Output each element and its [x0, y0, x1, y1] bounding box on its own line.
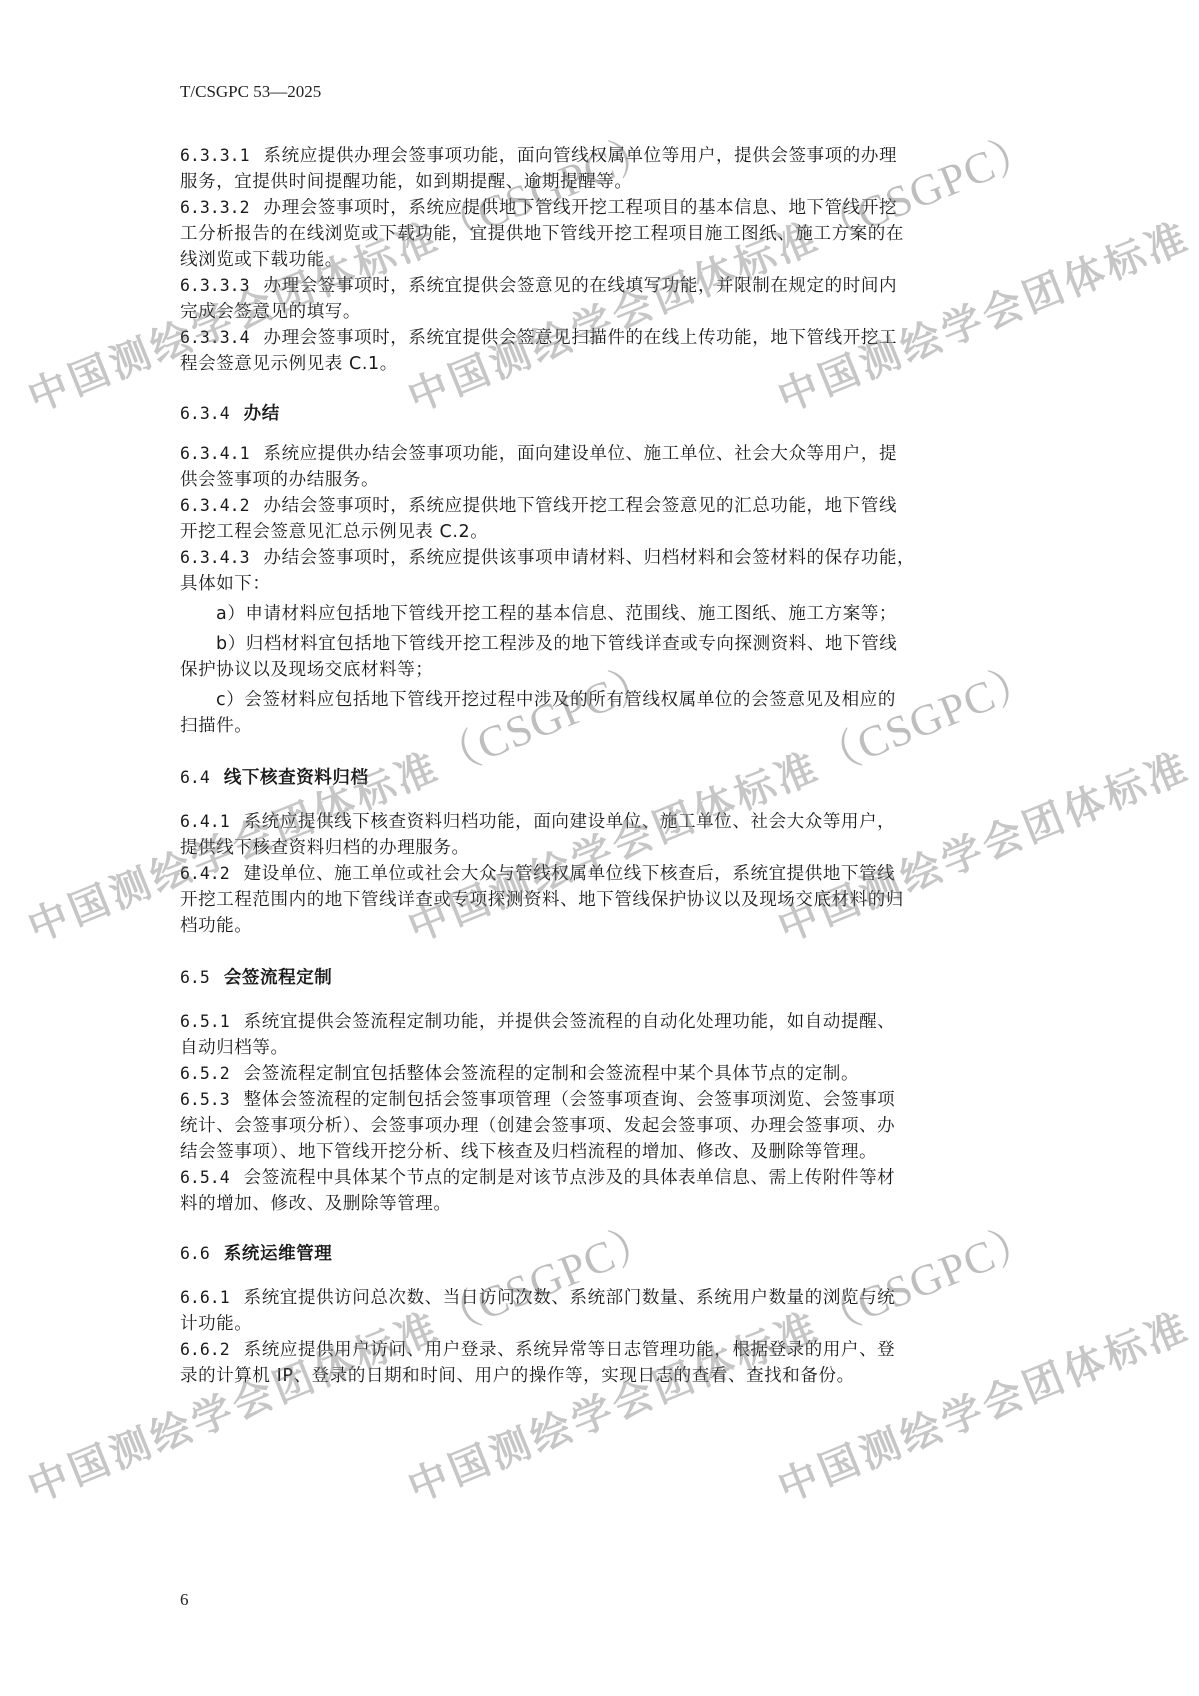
- heading-title: 会签流程定制: [224, 968, 333, 988]
- clause-text: b）归档材料宜包括地下管线开挖工程涉及的地下管线详查或专向探测资料、地下管线: [216, 634, 897, 654]
- clause-text: 保护协议以及现场交底材料等；: [180, 660, 433, 680]
- clause-text: 系统宜提供访问总次数、当日访问次数、系统部门数量、系统用户数量的浏览与统: [244, 1288, 896, 1308]
- paragraph-line: 6.3.3.1系统应提供办理会签事项功能，面向管线权属单位等用户，提供会签事项的…: [180, 143, 897, 169]
- section-heading: 6.5会签流程定制: [180, 965, 332, 991]
- clause-text: 整体会签流程的定制包括会签事项管理（会签事项查询、会签事项浏览、会签事项: [244, 1090, 896, 1110]
- watermark-abbr: （CSGPC）: [428, 1213, 664, 1346]
- paragraph-line: a）申请材料应包括地下管线开挖工程的基本信息、范围线、施工图纸、施工方案等；: [180, 601, 897, 627]
- clause-text: 办理会签事项时，系统宜提供会签意见扫描件的在线上传功能，地下管线开挖工: [264, 328, 898, 348]
- clause-text: 提供线下核查资料归档的办理服务。: [180, 838, 470, 858]
- paragraph-line: 供会签事项的办结服务。: [180, 467, 379, 493]
- clause-text: c）会签材料应包括地下管线开挖过程中涉及的所有管线权属单位的会签意见及相应的: [216, 690, 896, 710]
- section-heading: 6.3.4办结: [180, 401, 280, 427]
- paragraph-line: 程会签意见示例见表 C.1。: [180, 351, 398, 377]
- paragraph-line: 6.6.2系统应提供用户访问、用户登录、系统异常等日志管理功能，根据登录的用户、…: [180, 1337, 895, 1363]
- clause-text: 开挖工程会签意见汇总示例见表 C.2。: [180, 522, 488, 542]
- clause-text: 会签流程定制宜包括整体会签流程的定制和会签流程中某个具体节点的定制。: [244, 1064, 859, 1084]
- clause-text: 结会签事项）、地下管线开挖分析、线下核查及归档流程的增加、修改、及删除等管理。: [180, 1142, 877, 1162]
- clause-number: 6.3.4: [180, 404, 230, 423]
- clause-text: 线浏览或下载功能。: [180, 250, 343, 270]
- clause-text: 录的计算机 IP、登录的日期和时间、用户的操作等，实现日志的查看、查找和备份。: [180, 1366, 855, 1386]
- clause-number: 6.3.4.2: [180, 496, 250, 515]
- watermark-abbr: （CSGPC）: [808, 653, 1044, 786]
- clause-text: 系统应提供办理会签事项功能，面向管线权属单位等用户，提供会签事项的办理: [264, 146, 898, 166]
- clause-number: 6.3.3.2: [180, 198, 250, 217]
- paragraph-line: 6.3.3.4办理会签事项时，系统宜提供会签意见扫描件的在线上传功能，地下管线开…: [180, 325, 897, 351]
- paragraph-line: 线浏览或下载功能。: [180, 247, 343, 273]
- clause-number: 6.5.1: [180, 1012, 230, 1031]
- heading-title: 线下核查资料归档: [224, 768, 369, 788]
- paragraph-line: 6.4.2建设单位、施工单位或社会大众与管线权属单位线下核查后，系统宜提供地下管…: [180, 861, 895, 887]
- paragraph-line: 6.5.2会签流程定制宜包括整体会签流程的定制和会签流程中某个具体节点的定制。: [180, 1061, 859, 1087]
- paragraph-line: 6.3.4.2办结会签事项时，系统应提供地下管线开挖工程会签意见的汇总功能，地下…: [180, 493, 897, 519]
- clause-text: 自动归档等。: [180, 1038, 289, 1058]
- clause-text: 办理会签事项时，系统宜提供会签意见的在线填写功能，并限制在规定的时间内: [264, 276, 898, 296]
- watermark-org-name: 中国测绘学会团体标准: [772, 1304, 1197, 1511]
- paragraph-line: 结会签事项）、地下管线开挖分析、线下核查及归档流程的增加、修改、及删除等管理。: [180, 1139, 877, 1165]
- paragraph-line: 自动归档等。: [180, 1035, 289, 1061]
- paragraph-line: 录的计算机 IP、登录的日期和时间、用户的操作等，实现日志的查看、查找和备份。: [180, 1363, 855, 1389]
- watermark-abbr: （CSGPC）: [1178, 653, 1199, 786]
- paragraph-line: c）会签材料应包括地下管线开挖过程中涉及的所有管线权属单位的会签意见及相应的: [180, 687, 896, 713]
- paragraph-line: 计功能。: [180, 1311, 252, 1337]
- clause-text: 统计、会签事项分析）、会签事项办理（创建会签事项、发起会签事项、办理会签事项、办: [180, 1116, 895, 1136]
- clause-text: 扫描件。: [180, 716, 252, 736]
- clause-number: 6.3.4.3: [180, 548, 250, 567]
- paragraph-line: 开挖工程会签意见汇总示例见表 C.2。: [180, 519, 488, 545]
- watermark-org-name: 中国测绘学会团体标准: [772, 744, 1197, 951]
- clause-number: 6.4.2: [180, 864, 230, 883]
- section-heading: 6.4线下核查资料归档: [180, 765, 369, 791]
- watermark-abbr: （CSGPC）: [1178, 123, 1199, 256]
- paragraph-line: 服务，宜提供时间提醒功能，如到期提醒、逾期提醒等。: [180, 169, 633, 195]
- clause-text: 系统应提供线下核查资料归档功能，面向建设单位、施工单位、社会大众等用户，: [244, 812, 896, 832]
- watermark-abbr: （CSGPC）: [808, 1213, 1044, 1346]
- clause-text: 办结会签事项时，系统应提供该事项申请材料、归档材料和会签材料的保存功能，: [264, 548, 916, 568]
- clause-text: 开挖工程范围内的地下管线详查或专项探测资料、地下管线保护协议以及现场交底材料的归: [180, 890, 904, 910]
- paragraph-line: 6.3.4.3办结会签事项时，系统应提供该事项申请材料、归档材料和会签材料的保存…: [180, 545, 915, 571]
- clause-text: 建设单位、施工单位或社会大众与管线权属单位线下核查后，系统宜提供地下管线: [244, 864, 896, 884]
- paragraph-line: 档功能。: [180, 913, 252, 939]
- paragraph-line: 6.6.1系统宜提供访问总次数、当日访问次数、系统部门数量、系统用户数量的浏览与…: [180, 1285, 895, 1311]
- clause-text: 计功能。: [180, 1314, 252, 1334]
- paragraph-line: 6.3.4.1系统应提供办结会签事项功能，面向建设单位、施工单位、社会大众等用户…: [180, 441, 897, 467]
- clause-number: 6.4: [180, 768, 210, 787]
- clause-text: 系统应提供用户访问、用户登录、系统异常等日志管理功能，根据登录的用户、登: [244, 1340, 896, 1360]
- clause-number: 6.6.1: [180, 1288, 230, 1307]
- paragraph-line: b）归档材料宜包括地下管线开挖工程涉及的地下管线详查或专向探测资料、地下管线: [180, 631, 897, 657]
- paragraph-line: 统计、会签事项分析）、会签事项办理（创建会签事项、发起会签事项、办理会签事项、办: [180, 1113, 895, 1139]
- watermark-abbr: （CSGPC）: [1178, 1213, 1199, 1346]
- paragraph-line: 提供线下核查资料归档的办理服务。: [180, 835, 470, 861]
- page-number: 6: [180, 1590, 189, 1610]
- clause-number: 6.6: [180, 1244, 210, 1263]
- paragraph-line: 6.3.3.2办理会签事项时，系统应提供地下管线开挖工程项目的基本信息、地下管线…: [180, 195, 897, 221]
- clause-number: 6.5.4: [180, 1168, 230, 1187]
- standard-code: T/CSGPC 53—2025: [180, 82, 321, 102]
- clause-number: 6.5.2: [180, 1064, 230, 1083]
- clause-text: 会签流程中具体某个节点的定制是对该节点涉及的具体表单信息、需上传附件等材: [244, 1168, 896, 1188]
- paragraph-line: 开挖工程范围内的地下管线详查或专项探测资料、地下管线保护协议以及现场交底材料的归: [180, 887, 904, 913]
- clause-number: 6.6.2: [180, 1340, 230, 1359]
- paragraph-line: 6.5.1系统宜提供会签流程定制功能，并提供会签流程的自动化处理功能，如自动提醒…: [180, 1009, 895, 1035]
- watermark-org-name: 中国测绘学会团体标准: [402, 1304, 827, 1511]
- clause-text: 工分析报告的在线浏览或下载功能，宜提供地下管线开挖工程项目施工图纸、施工方案的在: [180, 224, 904, 244]
- clause-text: 办结会签事项时，系统应提供地下管线开挖工程会签意见的汇总功能，地下管线: [264, 496, 898, 516]
- clause-number: 6.3.3.4: [180, 328, 250, 347]
- paragraph-line: 6.5.3整体会签流程的定制包括会签事项管理（会签事项查询、会签事项浏览、会签事…: [180, 1087, 895, 1113]
- clause-text: 程会签意见示例见表 C.1。: [180, 354, 398, 374]
- clause-text: 供会签事项的办结服务。: [180, 470, 379, 490]
- clause-text: 具体如下：: [180, 574, 271, 594]
- clause-number: 6.3.3.1: [180, 146, 250, 165]
- clause-text: 料的增加、修改、及删除等管理。: [180, 1194, 452, 1214]
- clause-text: 办理会签事项时，系统应提供地下管线开挖工程项目的基本信息、地下管线开挖: [264, 198, 898, 218]
- clause-text: 完成会签意见的填写。: [180, 302, 361, 322]
- clause-number: 6.3.3.3: [180, 276, 250, 295]
- clause-number: 6.5.3: [180, 1090, 230, 1109]
- paragraph-line: 6.4.1系统应提供线下核查资料归档功能，面向建设单位、施工单位、社会大众等用户…: [180, 809, 895, 835]
- section-heading: 6.6系统运维管理: [180, 1241, 332, 1267]
- paragraph-line: 完成会签意见的填写。: [180, 299, 361, 325]
- clause-text: 服务，宜提供时间提醒功能，如到期提醒、逾期提醒等。: [180, 172, 633, 192]
- clause-number: 6.4.1: [180, 812, 230, 831]
- paragraph-line: 料的增加、修改、及删除等管理。: [180, 1191, 452, 1217]
- document-page: T/CSGPC 53—2025 6.3.3.1系统应提供办理会签事项功能，面向管…: [0, 0, 1199, 1696]
- watermark-abbr: （CSGPC）: [428, 653, 664, 786]
- clause-number: 6.3.4.1: [180, 444, 250, 463]
- clause-number: 6.5: [180, 968, 210, 987]
- clause-text: a）申请材料应包括地下管线开挖工程的基本信息、范围线、施工图纸、施工方案等；: [216, 604, 897, 624]
- paragraph-line: 扫描件。: [180, 713, 252, 739]
- paragraph-line: 6.5.4会签流程中具体某个节点的定制是对该节点涉及的具体表单信息、需上传附件等…: [180, 1165, 895, 1191]
- clause-text: 系统宜提供会签流程定制功能，并提供会签流程的自动化处理功能，如自动提醒、: [244, 1012, 896, 1032]
- clause-text: 档功能。: [180, 916, 252, 936]
- paragraph-line: 保护协议以及现场交底材料等；: [180, 657, 433, 683]
- clause-text: 系统应提供办结会签事项功能，面向建设单位、施工单位、社会大众等用户，提: [264, 444, 898, 464]
- paragraph-line: 工分析报告的在线浏览或下载功能，宜提供地下管线开挖工程项目施工图纸、施工方案的在: [180, 221, 904, 247]
- paragraph-line: 6.3.3.3办理会签事项时，系统宜提供会签意见的在线填写功能，并限制在规定的时…: [180, 273, 897, 299]
- paragraph-line: 具体如下：: [180, 571, 271, 597]
- heading-title: 系统运维管理: [224, 1244, 333, 1264]
- heading-title: 办结: [244, 404, 280, 424]
